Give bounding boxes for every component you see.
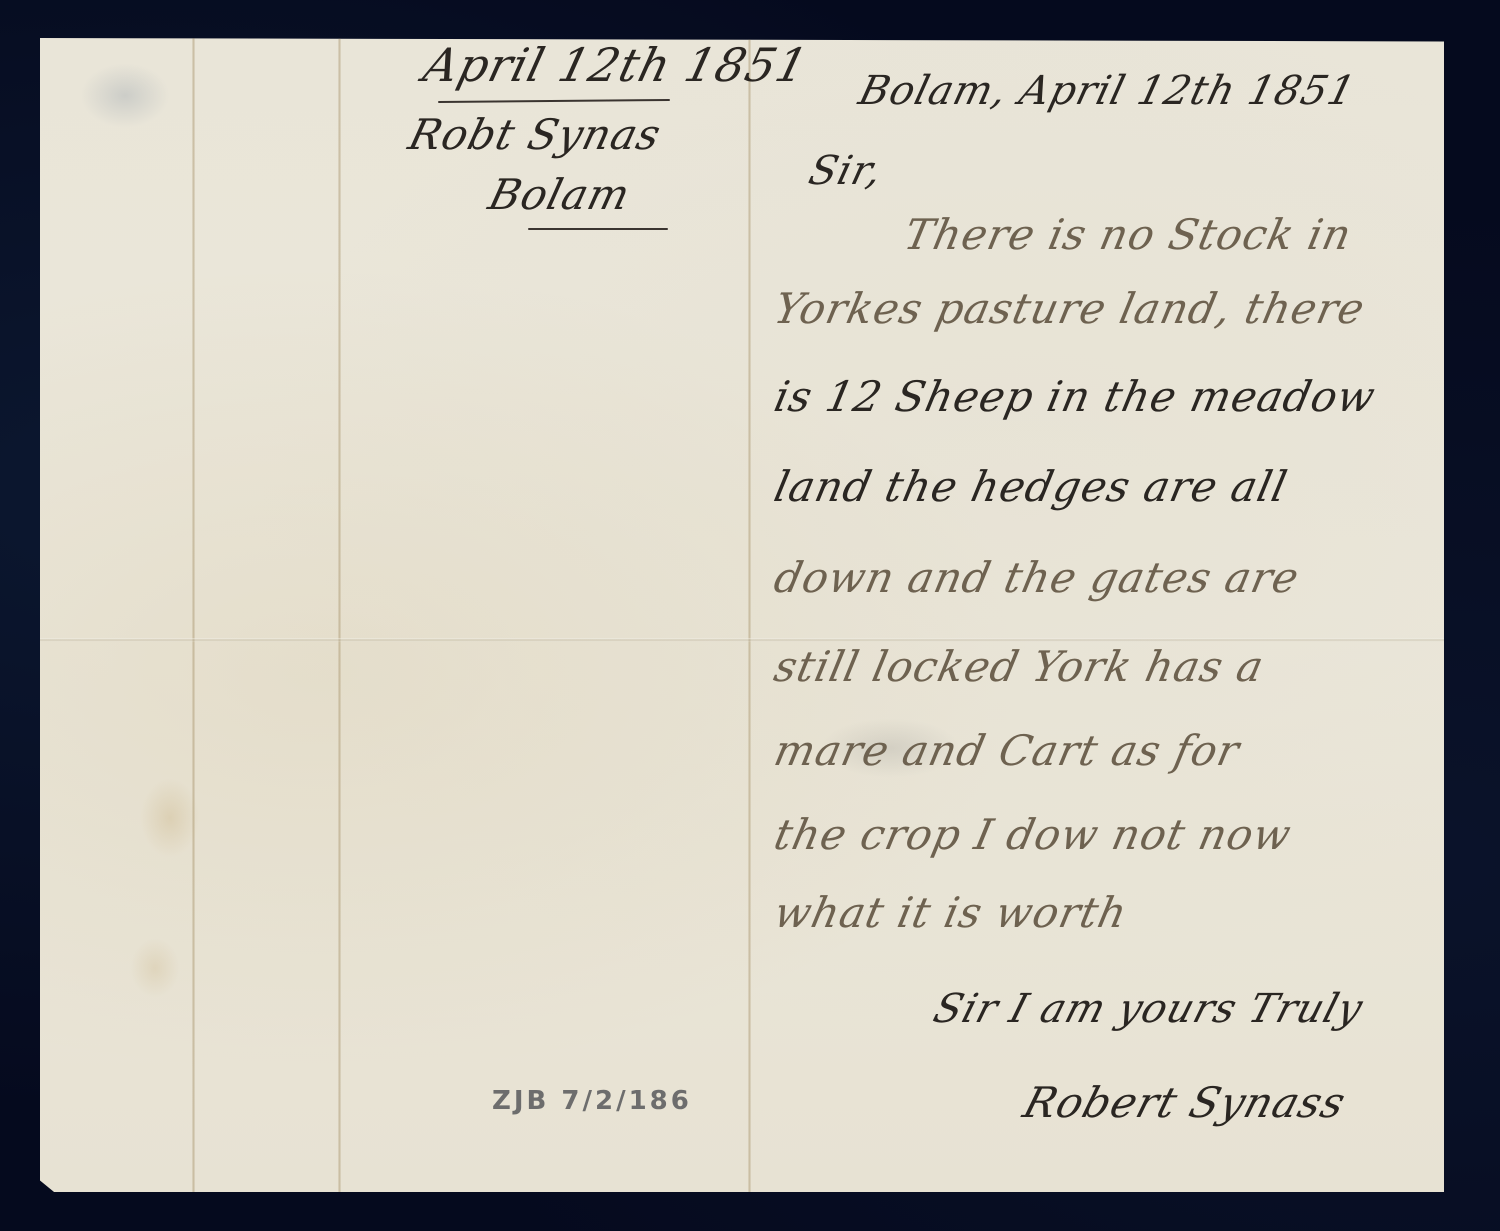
letter-heading: Bolam, April 12th 1851 <box>854 68 1360 114</box>
letter-sheet: April 12th 1851 Robt Synas Bolam ZJB 7/2… <box>40 38 1444 1192</box>
docket-place-underline <box>528 228 668 230</box>
docket-name: Robt Synas <box>404 110 666 159</box>
docket-place: Bolam <box>484 170 636 219</box>
letter-signature: Robert Synass <box>1018 1078 1352 1127</box>
body-line: Yorkes pasture land, there <box>770 284 1370 333</box>
body-line: is 12 Sheep in the meadow <box>770 372 1380 421</box>
vertical-fold-line <box>192 38 195 1192</box>
letter-closing: Sir I am yours Truly <box>928 986 1368 1032</box>
body-line: mare and Cart as for <box>770 726 1244 775</box>
docket-date: April 12th 1851 <box>418 38 814 92</box>
body-line: what it is worth <box>770 888 1132 937</box>
body-line: still locked York has a <box>770 642 1269 691</box>
vertical-fold-line <box>338 38 341 1192</box>
vertical-fold-line <box>748 38 751 1192</box>
body-line: There is no Stock in <box>900 210 1356 259</box>
body-line: land the hedges are all <box>770 462 1292 511</box>
body-line: the crop I dow not now <box>770 810 1296 859</box>
seal-impression <box>80 63 170 128</box>
archive-reference: ZJB 7/2/186 <box>492 1086 692 1116</box>
docket-date-underline <box>438 99 670 103</box>
body-line: down and the gates are <box>770 553 1304 602</box>
foxing-stain <box>140 778 200 858</box>
letter-salutation: Sir, <box>804 148 887 194</box>
foxing-stain <box>130 938 180 998</box>
